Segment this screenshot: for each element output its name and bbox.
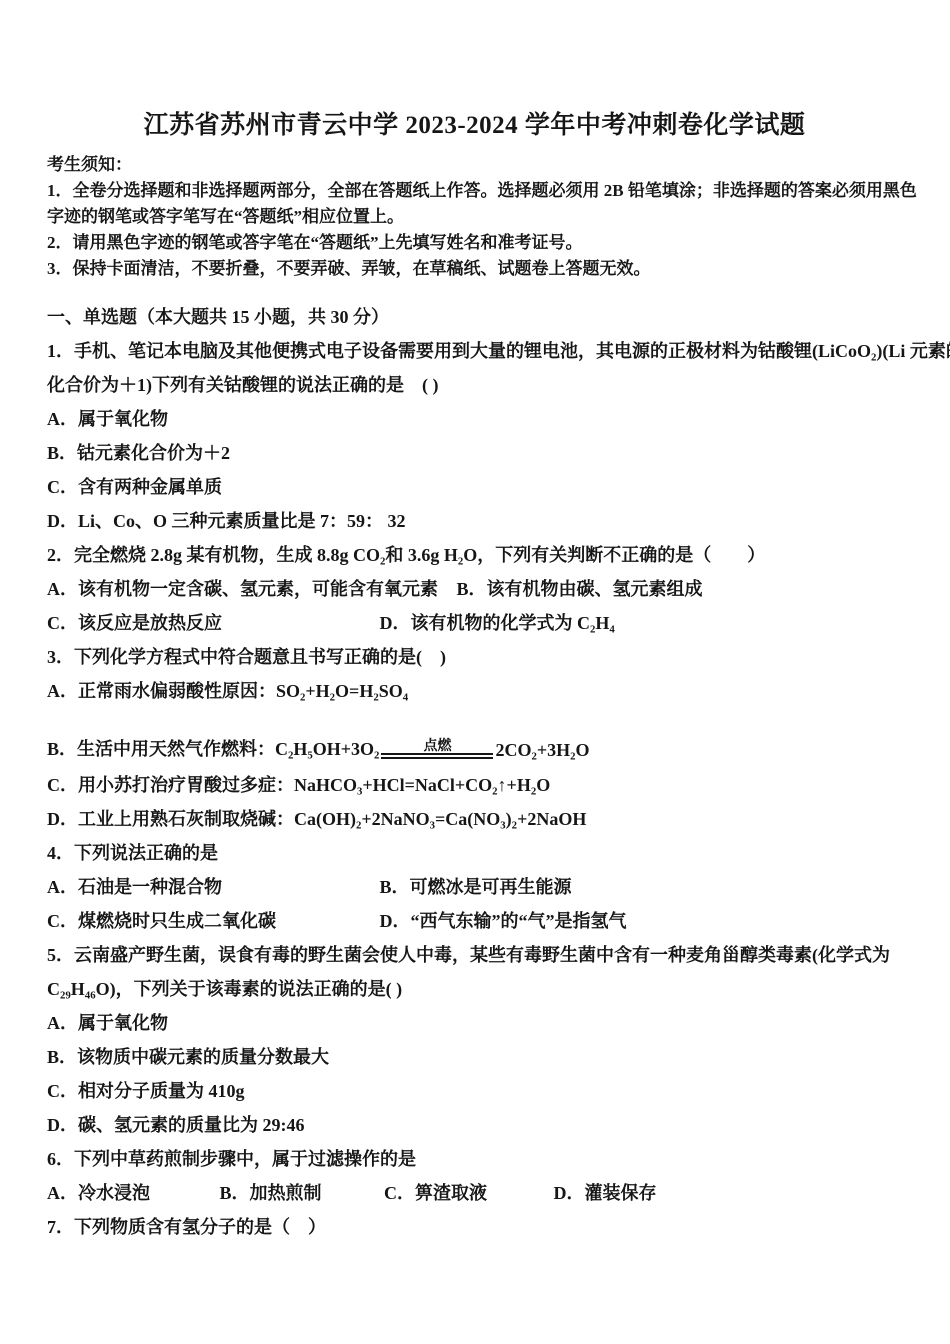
- question-2-option-b: B．该有机物由碳、氢元素组成: [457, 579, 703, 599]
- question-4-stem: 4．下列说法正确的是: [47, 836, 902, 870]
- question-5-option-c: C．相对分子质量为 410g: [47, 1074, 902, 1108]
- question-2-options-ab: A．该有机物一定含碳、氢元素，可能含有氧元素 B．该有机物由碳、氢元素组成: [47, 572, 902, 606]
- question-4-option-b: B．可燃冰是可再生能源: [380, 877, 572, 897]
- question-4-option-d: D．“西气东输”的“气”是指氢气: [380, 911, 627, 931]
- question-2-options-cd: C．该反应是放热反应 D．该有机物的化学式为 C₂H₄: [47, 606, 902, 640]
- question-3-option-b-equation-right: 2CO₂+3H₂O: [495, 740, 589, 761]
- question-3-option-b-equation-left: B．生活中用天然气作燃料：C₂H₅OH+3O₂: [47, 735, 379, 761]
- notice-line: 字迹的钢笔或答字笔写在“答题纸”相应位置上。: [47, 204, 902, 230]
- page-title: 江苏省苏州市青云中学 2023-2024 学年中考冲刺卷化学试题: [47, 110, 902, 146]
- double-bond-equals-line: [381, 753, 493, 759]
- question-1-option-c: C．含有两种金属单质: [47, 470, 902, 504]
- question-3-option-a: A．正常雨水偏弱酸性原因：SO₂+H₂O=H₂SO₄: [47, 674, 902, 708]
- question-6-option-d: D．灌装保存: [554, 1183, 657, 1203]
- question-4-option-c: C．煤燃烧时只生成二氧化碳: [47, 904, 375, 938]
- question-4-options-ab: A．石油是一种混合物 B．可燃冰是可再生能源: [47, 870, 902, 904]
- question-3-option-c: C．用小苏打治疗胃酸过多症：NaHCO₃+HCl=NaCl+CO₂↑+H₂O: [47, 768, 902, 802]
- question-4-option-a: A．石油是一种混合物: [47, 870, 375, 904]
- question-1-stem-line-2: 化合价为＋1)下列有关钴酸锂的说法正确的是 ( ): [47, 368, 902, 402]
- question-5-option-d: D．碳、氢元素的质量比为 29:46: [47, 1108, 902, 1142]
- question-1-stem-line-1: 1．手机、笔记本电脑及其他便携式电子设备需要用到大量的锂电池，其电源的正极材料为…: [47, 334, 902, 368]
- candidate-notice: 考生须知： 1．全卷分选择题和非选择题两部分，全部在答题纸上作答。选择题必须用 …: [47, 152, 902, 282]
- question-5-stem-line-1: 5．云南盛产野生菌，误食有毒的野生菌会使人中毒，某些有毒野生菌中含有一种麦角甾醇…: [47, 938, 902, 972]
- question-2-stem: 2．完全燃烧 2.8g 某有机物，生成 8.8g CO₂和 3.6g H₂O，下…: [47, 538, 902, 572]
- section-header: 一、单选题（本大题共 15 小题，共 30 分）: [47, 300, 902, 334]
- notice-line: 3．保持卡面清洁，不要折叠，不要弄破、弄皱，在草稿纸、试题卷上答题无效。: [47, 256, 902, 282]
- ignition-condition-label: 点燃: [423, 740, 451, 753]
- question-6-option-a: A．冷水浸泡: [47, 1176, 215, 1210]
- question-5-option-b: B．该物质中碳元素的质量分数最大: [47, 1040, 902, 1074]
- question-1-option-b: B．钴元素化合价为＋2: [47, 436, 902, 470]
- question-5-option-a: A．属于氧化物: [47, 1006, 902, 1040]
- question-7-stem: 7．下列物质含有氢分子的是（ ）: [47, 1210, 902, 1244]
- question-2-option-d: D．该有机物的化学式为 C₂H₄: [380, 613, 615, 633]
- question-6-options: A．冷水浸泡 B．加热煎制 C．箅渣取液 D．灌装保存: [47, 1176, 902, 1210]
- question-2-option-a: A．该有机物一定含碳、氢元素，可能含有氧元素: [47, 579, 438, 599]
- question-1-option-d: D．Li、Co、O 三种元素质量比是 7：59： 32: [47, 504, 902, 538]
- question-6-stem: 6．下列中草药煎制步骤中，属于过滤操作的是: [47, 1142, 902, 1176]
- notice-line: 2．请用黑色字迹的钢笔或答字笔在“答题纸”上先填写姓名和准考证号。: [47, 230, 902, 256]
- question-3-stem: 3．下列化学方程式中符合题意且书写正确的是( ): [47, 640, 902, 674]
- question-3-option-b: B．生活中用天然气作燃料：C₂H₅OH+3O₂ 点燃 2CO₂+3H₂O: [47, 708, 902, 768]
- question-6-option-b: B．加热煎制: [220, 1176, 380, 1210]
- questions-area: 一、单选题（本大题共 15 小题，共 30 分） 1．手机、笔记本电脑及其他便携…: [47, 300, 902, 1244]
- notice-header: 考生须知：: [47, 152, 902, 178]
- question-6-option-c: C．箅渣取液: [384, 1176, 549, 1210]
- question-1-option-a: A．属于氧化物: [47, 402, 902, 436]
- question-4-options-cd: C．煤燃烧时只生成二氧化碳 D．“西气东输”的“气”是指氢气: [47, 904, 902, 938]
- question-5-stem-line-2: C₂₉H₄₆O)，下列关于该毒素的说法正确的是( ): [47, 972, 902, 1006]
- ignition-condition: 点燃: [381, 740, 493, 759]
- question-3-option-d: D．工业上用熟石灰制取烧碱：Ca(OH)₂+2NaNO₃=Ca(NO₃)₂+2N…: [47, 802, 902, 836]
- notice-line: 1．全卷分选择题和非选择题两部分，全部在答题纸上作答。选择题必须用 2B 铅笔填…: [47, 178, 902, 204]
- question-2-option-c: C．该反应是放热反应: [47, 606, 375, 640]
- exam-paper-page: 江苏省苏州市青云中学 2023-2024 学年中考冲刺卷化学试题 考生须知： 1…: [0, 0, 950, 1344]
